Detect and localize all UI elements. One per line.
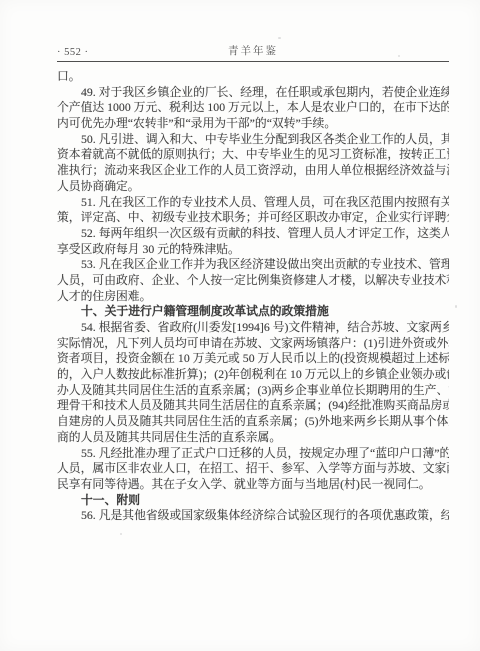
text-line: 资者项目，投资金额在 10 万美元或 50 万人民币以上的(投资规模超过上述标准 <box>57 351 449 367</box>
scan-speck <box>278 37 281 39</box>
text-line: 51. 凡在我区工作的专业技术人员、管理人员，可在我区范围内按照有关政 <box>57 195 449 211</box>
section-heading: 十一、附则 <box>57 493 449 509</box>
text-line: 口。 <box>57 69 449 85</box>
text-line: 个产值达 1000 万元、税利达 100 万元以上，本人是农业户口的，在市下达的… <box>57 100 449 116</box>
page-content: · 552 · 青羊年鉴 口。49. 对于我区乡镇企业的厂长、经理，在任职或承包… <box>57 44 449 524</box>
header-rule <box>57 61 449 62</box>
text-line: 办人及随其共同居住生活的直系亲属；(3)两乡企事业单位长期聘用的生产、管 <box>57 383 449 399</box>
text-line: 50. 凡引进、调入和大、中专毕业生分配到我区各类企业工作的人员，其工 <box>57 132 449 148</box>
text-line: 52. 每两年组织一次区级有贡献的科技、管理人员人才评定工作，这类人才 <box>57 226 449 242</box>
text-line: 准执行；流动来我区企业工作的人员工资浮动，由用人单位根据经济效益与流动 <box>57 163 449 179</box>
text-line: 理骨干和技术人员及随其共同生活居住的直系亲属；(94)经批准购买商品房或 <box>57 398 449 414</box>
text-line: 资本着就高不就低的原则执行；大、中专毕业生的见习工资标准，按转正工资标 <box>57 147 449 163</box>
text-line: 内可优先办理“农转非”和“录用为干部”的“双转”手续。 <box>57 116 449 132</box>
text-line: 56. 凡是其他省级或国家级集体经济综合试验区现行的各项优惠政策，经 <box>57 508 449 524</box>
running-header: · 552 · 青羊年鉴 <box>57 44 449 58</box>
text-line: 人员，属市区非农业人口，在招工、招干、参军、入学等方面与苏坡、文家两场镇居 <box>57 461 449 477</box>
scan-speck <box>455 305 457 308</box>
text-line: 自建房的人员及随其共同居住生活的直系亲属；(5)外地来两乡长期从事个体工 <box>57 414 449 430</box>
text-line: 享受区政府每月 30 元的特殊津贴。 <box>57 242 449 258</box>
text-line: 人员，可由政府、企业、个人按一定比例集资修建人才楼，以解决专业技术和管理 <box>57 273 449 289</box>
text-line: 55. 凡经批准办理了正式户口迁移的人员，按规定办理了“蓝印户口薄”的 <box>57 446 449 462</box>
text-line: 53. 凡在我区企业工作并为我区经济建设做出突出贡献的专业技术、管理 <box>57 257 449 273</box>
text-line: 54. 根据省委、省政府(川委发[1994]6 号)文件精神，结合苏坡、文家两乡… <box>57 320 449 336</box>
book-title: 青羊年鉴 <box>147 43 359 58</box>
page-number: · 552 · <box>57 47 147 58</box>
body-lines: 口。49. 对于我区乡镇企业的厂长、经理，在任职或承包期内，若使企业连续三个产值… <box>57 69 449 524</box>
scan-speck <box>120 533 122 535</box>
section-heading: 十、关于进行户籍管理制度改革试点的政策措施 <box>57 304 449 320</box>
text-line: 策，评定高、中、初级专业技术职务；并可经区职改办审定，企业实行评聘分开。 <box>57 210 449 226</box>
text-line: 民享有同等待遇。其在子女入学、就业等方面与当地居(村)民一视同仁。 <box>57 477 449 493</box>
text-line: 人才的住房困难。 <box>57 289 449 305</box>
text-line: 实际情况，凡下列人员均可申请在苏坡、文家两场镇落户：(1)引进外资或外地投 <box>57 336 449 352</box>
text-line: 的，入户人数按此标准折算)；(2)年创税利在 10 万元以上的乡镇企业领办或创 <box>57 367 449 383</box>
text-line: 商的人员及随其共同居住生活的直系亲属。 <box>57 430 449 446</box>
text-line: 人员协商确定。 <box>57 179 449 195</box>
scanned-document-page: · 552 · 青羊年鉴 口。49. 对于我区乡镇企业的厂长、经理，在任职或承包… <box>0 0 480 651</box>
text-line: 49. 对于我区乡镇企业的厂长、经理，在任职或承包期内，若使企业连续三 <box>57 85 449 101</box>
